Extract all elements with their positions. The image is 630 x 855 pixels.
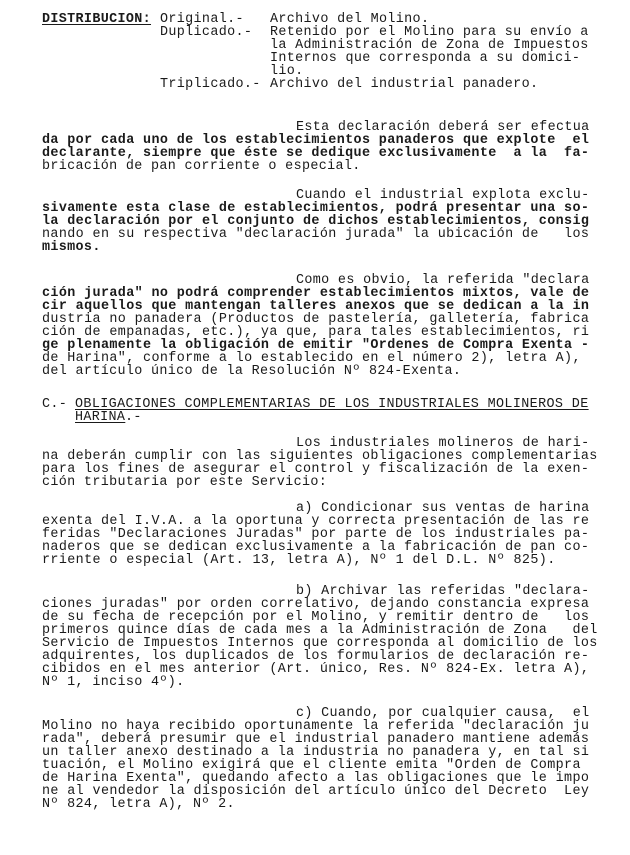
para-line: nando en su respectiva "declaración jura… <box>42 229 589 242</box>
para-line: del artículo único de la Resolución Nº 8… <box>42 366 461 379</box>
section-title-suffix: .- <box>125 412 142 425</box>
distribution-label: DISTRIBUCION: <box>42 14 151 27</box>
section-title-line1: OBLIGACIONES COMPLEMENTARIAS DE LOS INDU… <box>75 399 589 412</box>
distribution-dest-duplicado-3: Internos que corresponda a su domici- <box>270 53 580 66</box>
para-line: Nº 824, letra A), Nº 2. <box>42 799 235 812</box>
para-line: ción tributaria por este Servicio: <box>42 477 327 490</box>
para-line: mismos. <box>42 242 101 255</box>
document-page: DISTRIBUCION: Original.- Archivo del Mol… <box>0 0 630 855</box>
para-line: bricación de pan corriente o especial. <box>42 161 361 174</box>
distribution-dest-triplicado: Archivo del industrial panadero. <box>270 79 538 92</box>
distribution-copy-triplicado: Triplicado.- <box>160 79 261 92</box>
section-title-line2: HARINA <box>75 412 125 425</box>
para-line: Nº 1, inciso 4º). <box>42 677 185 690</box>
para-line: rriente o especial (Art. 13, letra A), N… <box>42 555 556 568</box>
section-prefix: C.- <box>42 399 67 412</box>
distribution-copy-duplicado: Duplicado.- <box>160 27 252 40</box>
